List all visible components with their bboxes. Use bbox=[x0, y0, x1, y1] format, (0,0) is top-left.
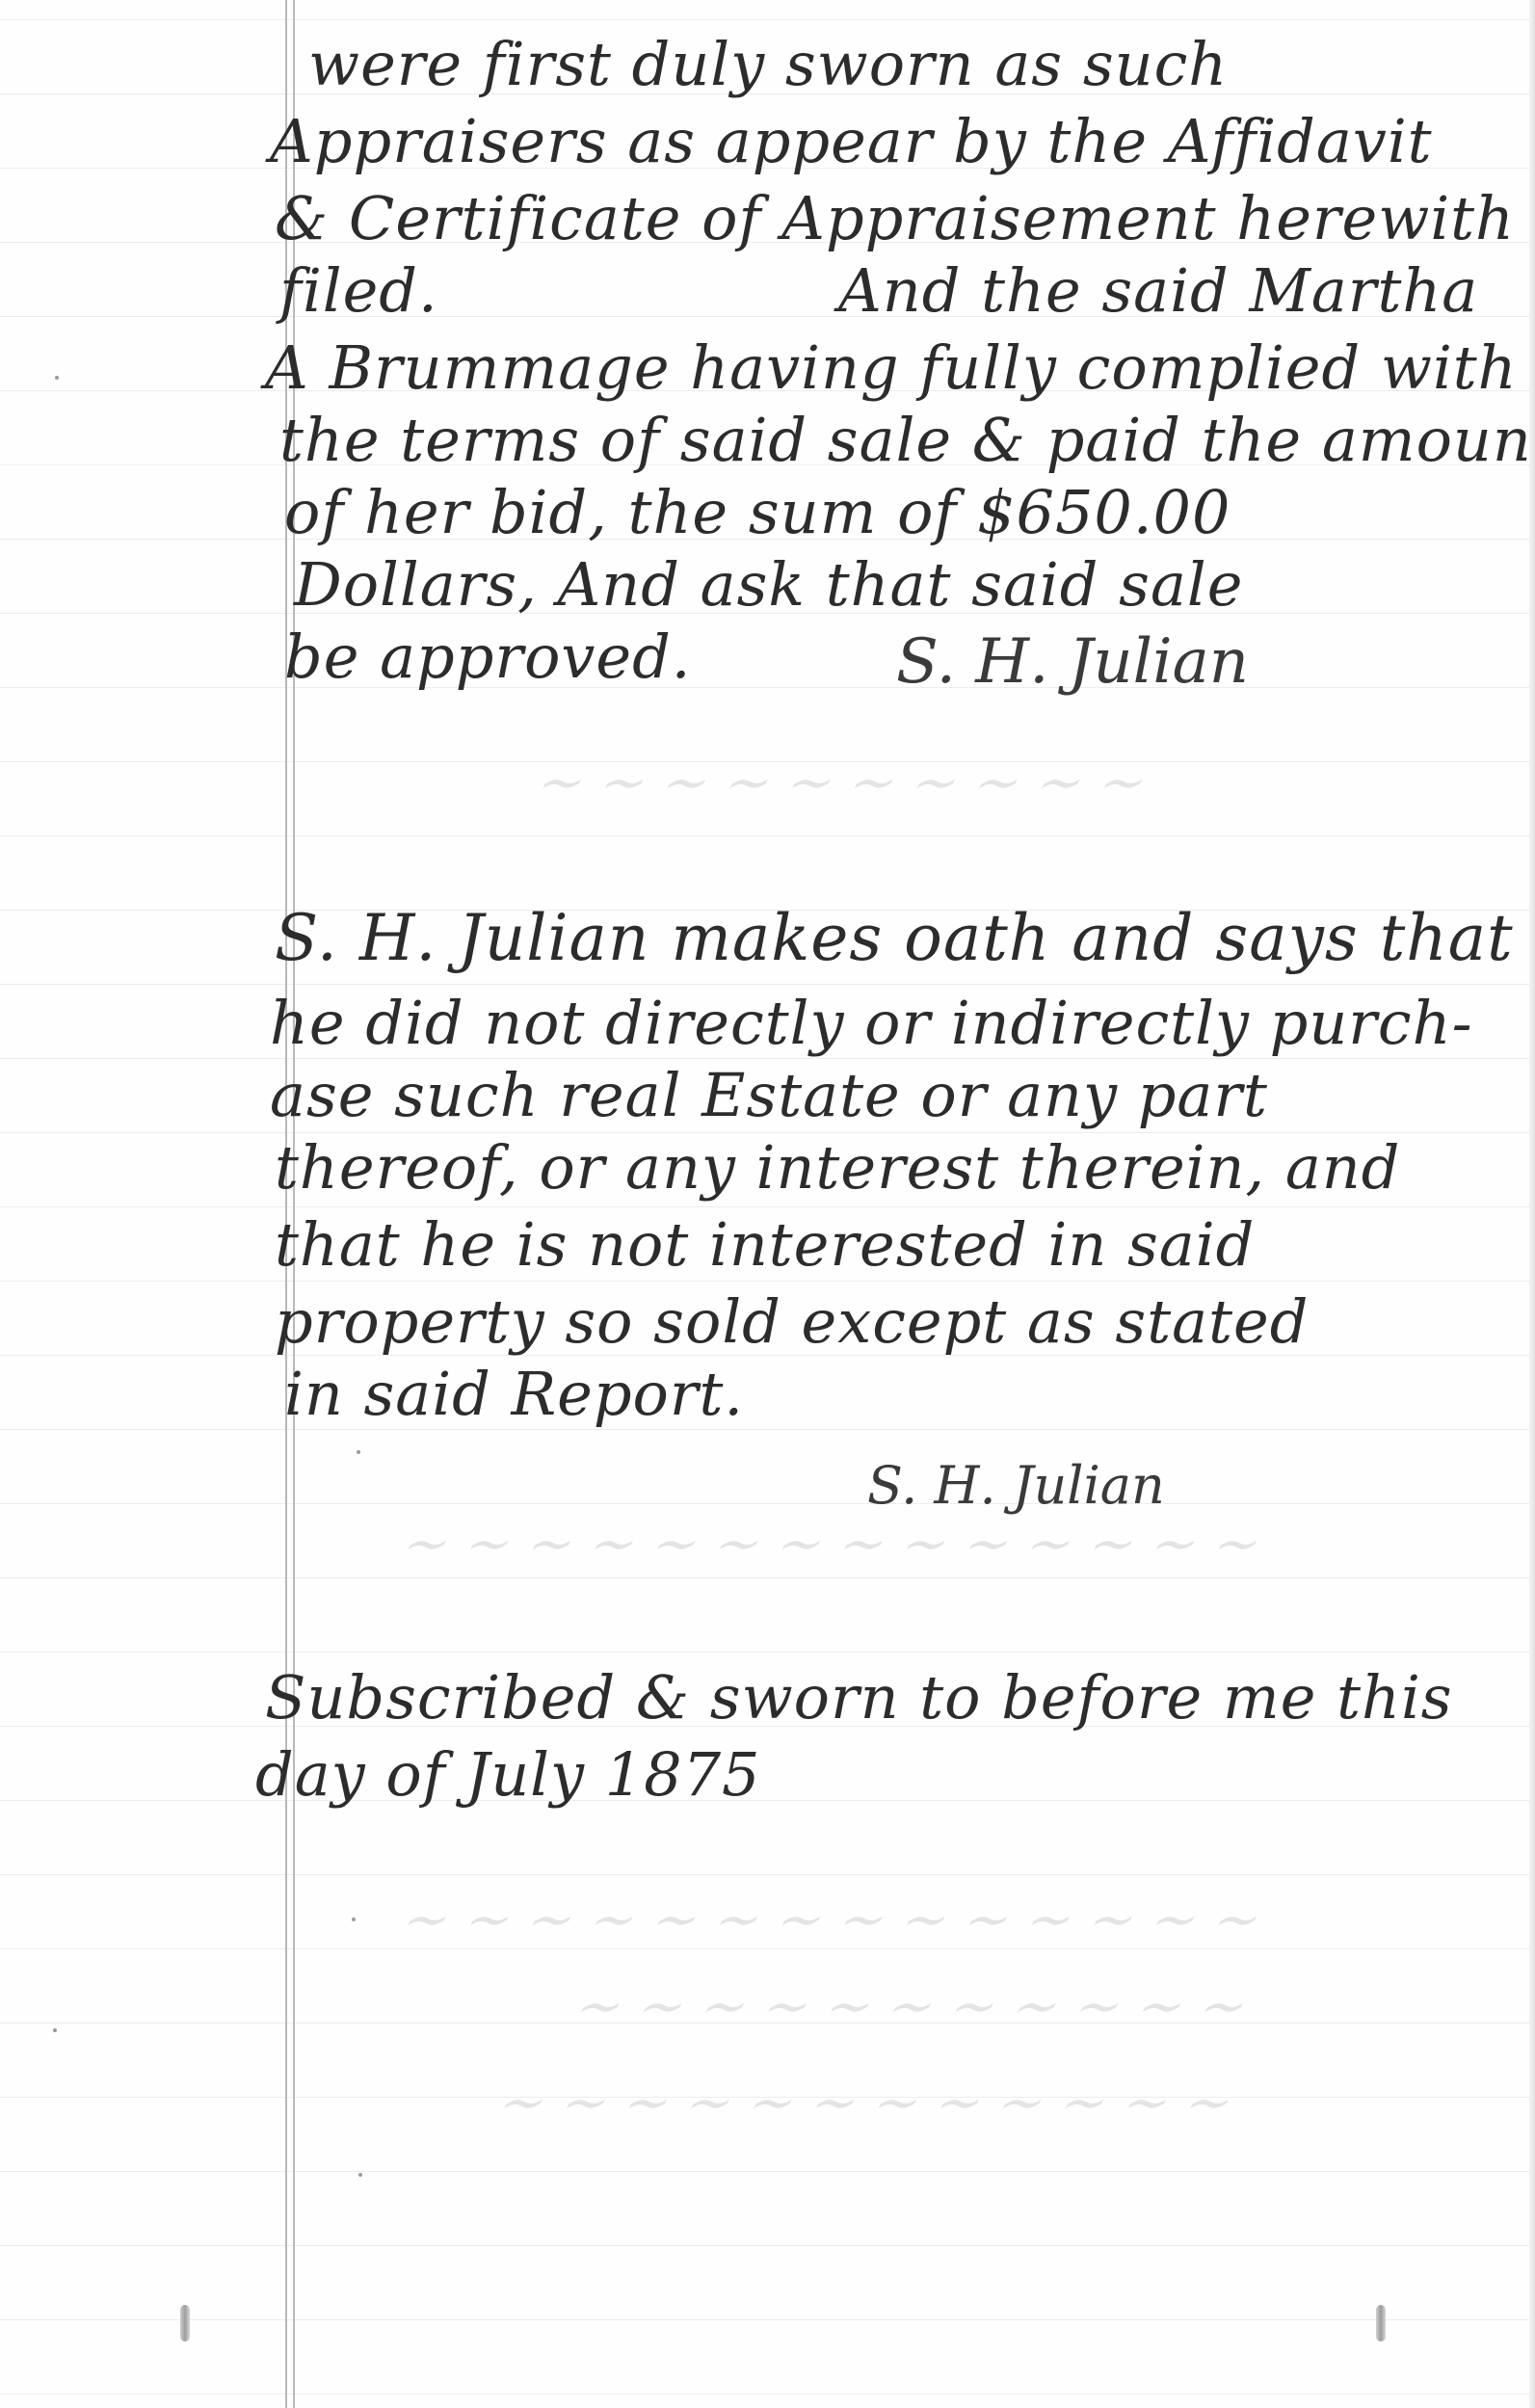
bleed-through: ~ ~ ~ ~ ~ ~ ~ ~ ~ ~ bbox=[525, 752, 1161, 814]
binding-hole bbox=[1376, 2305, 1386, 2342]
ruled-line bbox=[0, 984, 1535, 985]
ruled-line bbox=[0, 1652, 1535, 1653]
ruled-line bbox=[0, 687, 1535, 688]
text-line: in said Report. bbox=[284, 1359, 744, 1429]
ruled-line bbox=[0, 2394, 1535, 2395]
bleed-through: ~ ~ ~ ~ ~ ~ ~ ~ ~ ~ ~ ~ ~ ~ bbox=[390, 1889, 1276, 1951]
ruled-line bbox=[0, 1577, 1535, 1578]
ruled-line bbox=[0, 19, 1535, 20]
ruled-line bbox=[0, 1874, 1535, 1875]
text-line: property so sold except as stated bbox=[275, 1286, 1309, 1357]
ruled-line bbox=[0, 1800, 1535, 1801]
document-page: ~ ~ ~ ~ ~ ~ ~ ~ ~ ~ ~ ~ ~ ~ ~ ~ ~ ~ ~ ~ … bbox=[0, 0, 1535, 2408]
ruled-line bbox=[0, 2245, 1535, 2246]
ink-speck bbox=[358, 2173, 362, 2177]
ruled-line bbox=[0, 1058, 1535, 1059]
text-line: Subscribed & sworn to before me this bbox=[265, 1662, 1453, 1733]
text-line: ase such real Estate or any part bbox=[270, 1060, 1268, 1130]
text-line: A Brummage having fully complied with bbox=[265, 332, 1518, 403]
text-line: And the said Martha bbox=[838, 255, 1478, 326]
ruled-line bbox=[0, 835, 1535, 836]
page-edge bbox=[1529, 0, 1535, 2408]
ruled-line bbox=[0, 1281, 1535, 1282]
signature: S. H. Julian bbox=[896, 626, 1249, 698]
text-line: filed. bbox=[279, 255, 438, 326]
ruled-line bbox=[0, 2171, 1535, 2172]
bleed-through: ~ ~ ~ ~ ~ ~ ~ ~ ~ ~ ~ ~ ~ ~ bbox=[390, 1513, 1276, 1575]
text-line: thereof, or any interest therein, and bbox=[275, 1132, 1400, 1203]
text-line: Dollars, And ask that said sale bbox=[294, 549, 1243, 620]
ruled-line bbox=[0, 1429, 1535, 1430]
bleed-through: ~ ~ ~ ~ ~ ~ ~ ~ ~ ~ ~ ~ bbox=[487, 2072, 1247, 2134]
ruled-line bbox=[0, 1503, 1535, 1504]
text-line: the terms of said sale & paid the amount bbox=[279, 405, 1535, 475]
text-line: be approved. bbox=[284, 622, 692, 692]
signature: S. H. Julian bbox=[867, 1455, 1165, 1516]
text-line: he did not directly or indirectly purch- bbox=[270, 988, 1473, 1058]
bleed-through: ~ ~ ~ ~ ~ ~ ~ ~ ~ ~ ~ bbox=[564, 1975, 1261, 2038]
binding-hole bbox=[180, 2305, 190, 2342]
ruled-line bbox=[0, 1206, 1535, 1207]
ink-speck bbox=[55, 376, 59, 380]
ink-speck bbox=[357, 1450, 360, 1454]
ink-speck bbox=[352, 1918, 356, 1921]
text-line: day of July 1875 bbox=[255, 1739, 761, 1810]
text-line: were first duly sworn as such bbox=[308, 29, 1228, 99]
text-line: that he is not interested in said bbox=[275, 1209, 1255, 1280]
text-line: Appraisers as appear by the Affidavit bbox=[270, 106, 1433, 176]
ink-speck bbox=[53, 2028, 57, 2032]
text-line: of her bid, the sum of $650.00 bbox=[284, 477, 1231, 547]
text-line: & Certificate of Appraisement herewith bbox=[275, 183, 1515, 253]
ruled-line bbox=[0, 2319, 1535, 2320]
text-line: S. H. Julian makes oath and says that bbox=[275, 901, 1514, 975]
